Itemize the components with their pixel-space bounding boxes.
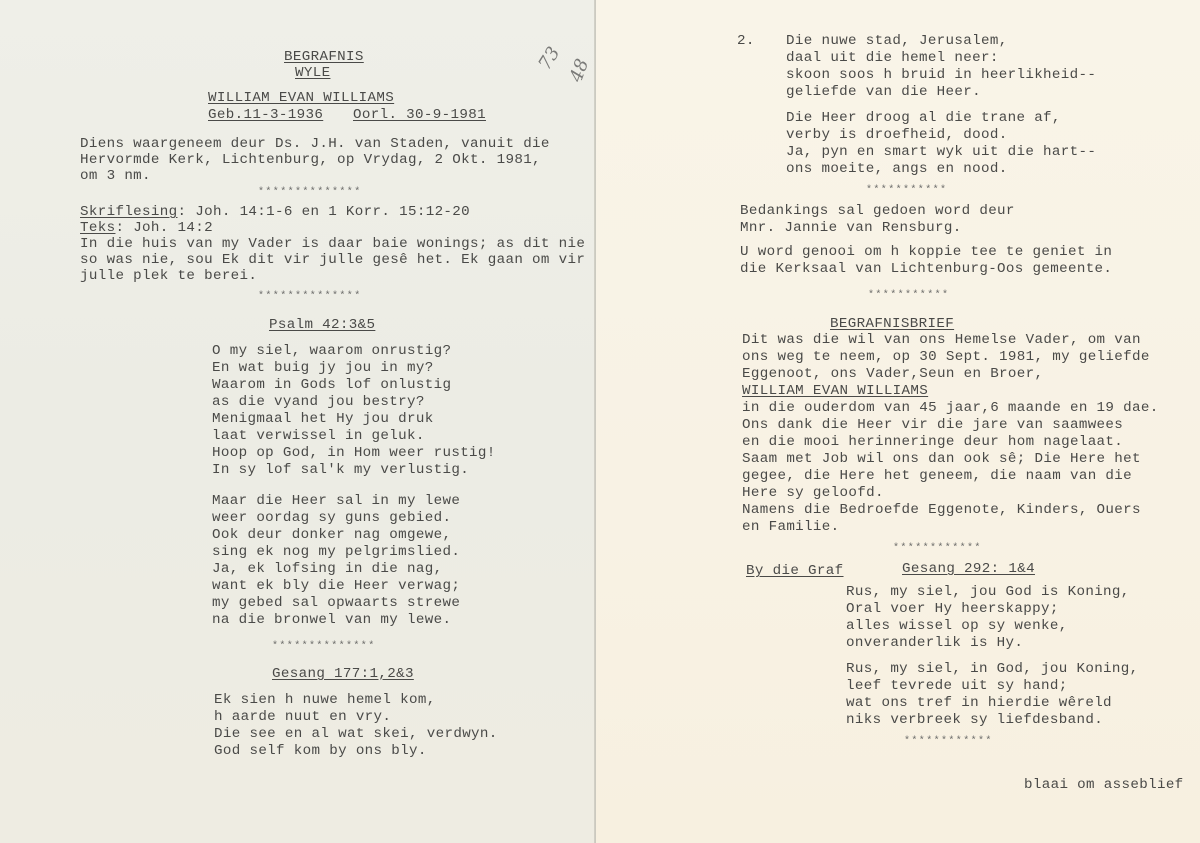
gesang-line: Ek sien h nuwe hemel kom,	[214, 692, 436, 708]
gesang-line: verby is droefheid, dood.	[786, 127, 1008, 143]
service-line: Hervormde Kerk, Lichtenburg, op Vrydag, …	[80, 152, 541, 168]
separator: **************	[272, 641, 376, 652]
document-subtitle: WYLE	[295, 65, 330, 81]
psalm-line: En wat buig jy jou in my?	[212, 360, 434, 376]
psalm-line: na die bronwel van my lewe.	[212, 612, 451, 628]
tea-line: die Kerksaal van Lichtenburg-Oos gemeent…	[740, 261, 1112, 277]
grave-label: By die Graf	[746, 563, 844, 579]
letter-line: Dit was die wil van ons Hemelse Vader, o…	[742, 332, 1141, 348]
deceased-name: WILLIAM EVAN WILLIAMS	[208, 90, 394, 106]
gesang-line: God self kom by ons bly.	[214, 743, 427, 759]
gesang-line: h aarde nuut en vry.	[214, 709, 391, 725]
text-ref: : Joh. 14:2	[115, 220, 213, 236]
psalm-line: want ek bly die Heer verwag;	[212, 578, 460, 594]
verse-line: In die huis van my Vader is daar baie wo…	[80, 236, 585, 252]
gesang-line: Die nuwe stad, Jerusalem,	[786, 33, 1008, 49]
letter-line: en die mooi herinneringe deur hom nagela…	[742, 434, 1123, 450]
psalm-line: Ook deur donker nag omgewe,	[212, 527, 451, 543]
hymn-line: Rus, my siel, in God, jou Koning,	[846, 661, 1139, 677]
gesang-line: geliefde van die Heer.	[786, 84, 981, 100]
letter-line: in die ouderdom van 45 jaar,6 maande en …	[742, 400, 1159, 416]
hymn-line: onveranderlik is Hy.	[846, 635, 1023, 651]
separator: ***********	[868, 290, 949, 301]
thanks-line: Mnr. Jannie van Rensburg.	[740, 220, 962, 236]
letter-line: Eggenoot, ons Vader,Seun en Broer,	[742, 366, 1043, 382]
death-date: Oorl. 30-9-1981	[353, 107, 486, 123]
gesang-title: Gesang 177:1,2&3	[272, 666, 414, 682]
psalm-line: weer oordag sy guns gebied.	[212, 510, 451, 526]
letter-line: Namens die Bedroefde Eggenote, Kinders, …	[742, 502, 1141, 518]
scripture-label: Skriflesing	[80, 204, 178, 220]
letter-line: en Familie.	[742, 519, 840, 535]
psalm-line: Ja, ek lofsing in die nag,	[212, 561, 442, 577]
psalm-line: as die vyand jou bestry?	[212, 394, 425, 410]
hymn-line: niks verbreek sy liefdesband.	[846, 712, 1103, 728]
turn-page-note: blaai om asseblief	[1024, 777, 1184, 793]
letter-title: BEGRAFNISBRIEF	[830, 316, 954, 332]
psalm-line: sing ek nog my pelgrimslied.	[212, 544, 460, 560]
letter-line: gegee, die Here het geneem, die naam van…	[742, 468, 1132, 484]
letter-line: ons weg te neem, op 30 Sept. 1981, my ge…	[742, 349, 1150, 365]
birth-date: Geb.11-3-1936	[208, 107, 323, 123]
psalm-line: my gebed sal opwaarts strewe	[212, 595, 460, 611]
separator: **************	[258, 187, 362, 198]
letter-line: Saam met Job wil ons dan ook sê; Die Her…	[742, 451, 1141, 467]
psalm-line: Maar die Heer sal in my lewe	[212, 493, 460, 509]
separator: ************	[904, 736, 993, 747]
hymn-line: Oral voer Hy heerskappy;	[846, 601, 1059, 617]
verse-line: so was nie, sou Ek dit vir julle gesê he…	[80, 252, 585, 268]
sermon-text: Teks: Joh. 14:2	[80, 220, 213, 236]
letter-line: Here sy geloofd.	[742, 485, 884, 501]
document-title: BEGRAFNIS	[284, 49, 364, 65]
separator: **************	[258, 291, 362, 302]
gesang-line: Die see en al wat skei, verdwyn.	[214, 726, 498, 742]
gesang-line: daal uit die hemel neer:	[786, 50, 999, 66]
tea-line: U word genooi om h koppie tee te geniet …	[740, 244, 1112, 260]
gesang-line: skoon soos h bruid in heerlikheid--	[786, 67, 1096, 83]
gesang-line: Ja, pyn en smart wyk uit die hart--	[786, 144, 1096, 160]
psalm-line: In sy lof sal'k my verlustig.	[212, 462, 469, 478]
service-line: om 3 nm.	[80, 168, 151, 184]
stanza-number: 2.	[737, 33, 755, 49]
psalm-line: Menigmaal het Hy jou druk	[212, 411, 434, 427]
scripture-reading: Skriflesing: Joh. 14:1-6 en 1 Korr. 15:1…	[80, 204, 470, 220]
psalm-line: Hoop op God, in Hom weer rustig!	[212, 445, 496, 461]
psalm-line: Waarom in Gods lof onlustig	[212, 377, 451, 393]
text-label: Teks	[80, 220, 115, 236]
service-line: Diens waargeneem deur Ds. J.H. van Stade…	[80, 136, 550, 152]
verse-line: julle plek te berei.	[80, 268, 257, 284]
hymn-line: Rus, my siel, jou God is Koning,	[846, 584, 1130, 600]
separator: ***********	[866, 185, 947, 196]
thanks-line: Bedankings sal gedoen word deur	[740, 203, 1015, 219]
hymn-line: leef tevrede uit sy hand;	[846, 678, 1068, 694]
psalm-line: laat verwissel in geluk.	[212, 428, 425, 444]
hymn-line: wat ons tref in hierdie wêreld	[846, 695, 1112, 711]
hymn-line: alles wissel op sy wenke,	[846, 618, 1068, 634]
page-fold	[594, 0, 596, 843]
letter-line: Ons dank die Heer vir die jare van saamw…	[742, 417, 1123, 433]
grave-hymn-title: Gesang 292: 1&4	[902, 561, 1035, 577]
psalm-title: Psalm 42:3&5	[269, 317, 375, 333]
gesang-line: ons moeite, angs en nood.	[786, 161, 1008, 177]
psalm-line: O my siel, waarom onrustig?	[212, 343, 451, 359]
scripture-ref: : Joh. 14:1-6 en 1 Korr. 15:12-20	[178, 204, 471, 220]
letter-deceased-name: WILLIAM EVAN WILLIAMS	[742, 383, 928, 399]
gesang-line: Die Heer droog al die trane af,	[786, 110, 1061, 126]
separator: ************	[893, 543, 982, 554]
